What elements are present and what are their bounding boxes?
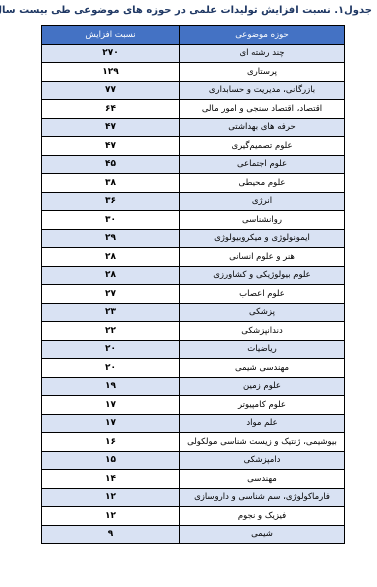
cell-subject-field: دامپزشکی (180, 451, 345, 470)
cell-subject-field: فارماکولوژی، سم شناسی و داروسازی (180, 488, 345, 507)
cell-subject-field: علوم اجتماعی (180, 155, 345, 174)
cell-subject-field: مهندسی (180, 470, 345, 489)
column-header-value: نسبت افزایش (42, 26, 180, 45)
cell-growth-ratio: ۲۹ (42, 229, 180, 248)
cell-growth-ratio: ۱۵ (42, 451, 180, 470)
cell-subject-field: دندانپزشکی (180, 322, 345, 341)
table-row: فیزیک و نجوم۱۲ (42, 507, 345, 526)
cell-subject-field: علوم محیطی (180, 174, 345, 193)
table-row: دامپزشکی۱۵ (42, 451, 345, 470)
cell-subject-field: حرفه های بهداشتی (180, 118, 345, 137)
cell-growth-ratio: ۳۰ (42, 211, 180, 230)
cell-growth-ratio: ۶۴ (42, 100, 180, 119)
cell-growth-ratio: ۱۲ (42, 488, 180, 507)
cell-growth-ratio: ۱۲ (42, 507, 180, 526)
cell-subject-field: پرستاری (180, 63, 345, 82)
table-row: علوم تصمیم‌گیری۴۷ (42, 137, 345, 156)
cell-growth-ratio: ۴۵ (42, 155, 180, 174)
table-row: پرستاری۱۲۹ (42, 63, 345, 82)
table-row: علوم اجتماعی۴۵ (42, 155, 345, 174)
cell-subject-field: هنر و علوم انسانی (180, 248, 345, 267)
cell-growth-ratio: ۲۷۰ (42, 44, 180, 63)
cell-subject-field: علوم کامپیوتر (180, 396, 345, 415)
column-header-field: حوزه موضوعی (180, 26, 345, 45)
cell-subject-field: شیمی (180, 525, 345, 544)
cell-subject-field: انرژی (180, 192, 345, 211)
cell-growth-ratio: ۲۸ (42, 266, 180, 285)
cell-subject-field: فیزیک و نجوم (180, 507, 345, 526)
cell-growth-ratio: ۹ (42, 525, 180, 544)
table-caption: جدول۱. نسبت افزایش تولیدات علمی در حوزه … (0, 4, 372, 18)
table-row: علوم زمین۱۹ (42, 377, 345, 396)
table-row: چند رشته ای۲۷۰ (42, 44, 345, 63)
table-row: حرفه های بهداشتی۴۷ (42, 118, 345, 137)
cell-subject-field: ریاضیات (180, 340, 345, 359)
table-row: مهندسی۱۴ (42, 470, 345, 489)
table-row: بازرگانی، مدیریت و حسابداری۷۷ (42, 81, 345, 100)
table-row: علوم اعصاب۲۷ (42, 285, 345, 304)
cell-subject-field: علم مواد (180, 414, 345, 433)
table-row: مهندسی شیمی۲۰ (42, 359, 345, 378)
cell-growth-ratio: ۱۶ (42, 433, 180, 452)
table-row: فارماکولوژی، سم شناسی و داروسازی۱۲ (42, 488, 345, 507)
table-body: چند رشته ای۲۷۰پرستاری۱۲۹بازرگانی، مدیریت… (42, 44, 345, 544)
cell-growth-ratio: ۲۳ (42, 303, 180, 322)
cell-subject-field: اقتصاد، اقتصاد سنجی و امور مالی (180, 100, 345, 119)
cell-growth-ratio: ۲۸ (42, 248, 180, 267)
cell-growth-ratio: ۱۲۹ (42, 63, 180, 82)
cell-subject-field: بازرگانی، مدیریت و حسابداری (180, 81, 345, 100)
table-row: ریاضیات۲۰ (42, 340, 345, 359)
cell-growth-ratio: ۱۴ (42, 470, 180, 489)
cell-growth-ratio: ۱۹ (42, 377, 180, 396)
table-row: علوم محیطی۳۸ (42, 174, 345, 193)
table-row: شیمی۹ (42, 525, 345, 544)
cell-growth-ratio: ۳۶ (42, 192, 180, 211)
table-row: علم مواد۱۷ (42, 414, 345, 433)
cell-growth-ratio: ۱۷ (42, 396, 180, 415)
cell-subject-field: پزشکی (180, 303, 345, 322)
cell-subject-field: روانشناسی (180, 211, 345, 230)
table-row: بیوشیمی، ژنتیک و زیست شناسی مولکولی۱۶ (42, 433, 345, 452)
table-header-row: حوزه موضوعی نسبت افزایش (42, 26, 345, 45)
cell-subject-field: چند رشته ای (180, 44, 345, 63)
table-row: هنر و علوم انسانی۲۸ (42, 248, 345, 267)
cell-growth-ratio: ۲۰ (42, 340, 180, 359)
table-row: دندانپزشکی۲۲ (42, 322, 345, 341)
cell-growth-ratio: ۳۸ (42, 174, 180, 193)
cell-growth-ratio: ۲۲ (42, 322, 180, 341)
cell-growth-ratio: ۷۷ (42, 81, 180, 100)
cell-growth-ratio: ۲۰ (42, 359, 180, 378)
cell-subject-field: علوم تصمیم‌گیری (180, 137, 345, 156)
cell-subject-field: مهندسی شیمی (180, 359, 345, 378)
cell-subject-field: بیوشیمی، ژنتیک و زیست شناسی مولکولی (180, 433, 345, 452)
table-row: علوم بیولوژیکی و کشاورزی۲۸ (42, 266, 345, 285)
cell-growth-ratio: ۴۷ (42, 137, 180, 156)
cell-subject-field: علوم زمین (180, 377, 345, 396)
cell-growth-ratio: ۲۷ (42, 285, 180, 304)
cell-growth-ratio: ۱۷ (42, 414, 180, 433)
table-row: انرژی۳۶ (42, 192, 345, 211)
table-row: پزشکی۲۳ (42, 303, 345, 322)
table-row: روانشناسی۳۰ (42, 211, 345, 230)
cell-subject-field: علوم اعصاب (180, 285, 345, 304)
cell-growth-ratio: ۴۷ (42, 118, 180, 137)
table-row: اقتصاد، اقتصاد سنجی و امور مالی۶۴ (42, 100, 345, 119)
cell-subject-field: علوم بیولوژیکی و کشاورزی (180, 266, 345, 285)
cell-subject-field: ایمونولوژی و میکروبیولوژی (180, 229, 345, 248)
table-row: ایمونولوژی و میکروبیولوژی۲۹ (42, 229, 345, 248)
subject-growth-table: حوزه موضوعی نسبت افزایش چند رشته ای۲۷۰پر… (41, 25, 345, 544)
table-row: علوم کامپیوتر۱۷ (42, 396, 345, 415)
